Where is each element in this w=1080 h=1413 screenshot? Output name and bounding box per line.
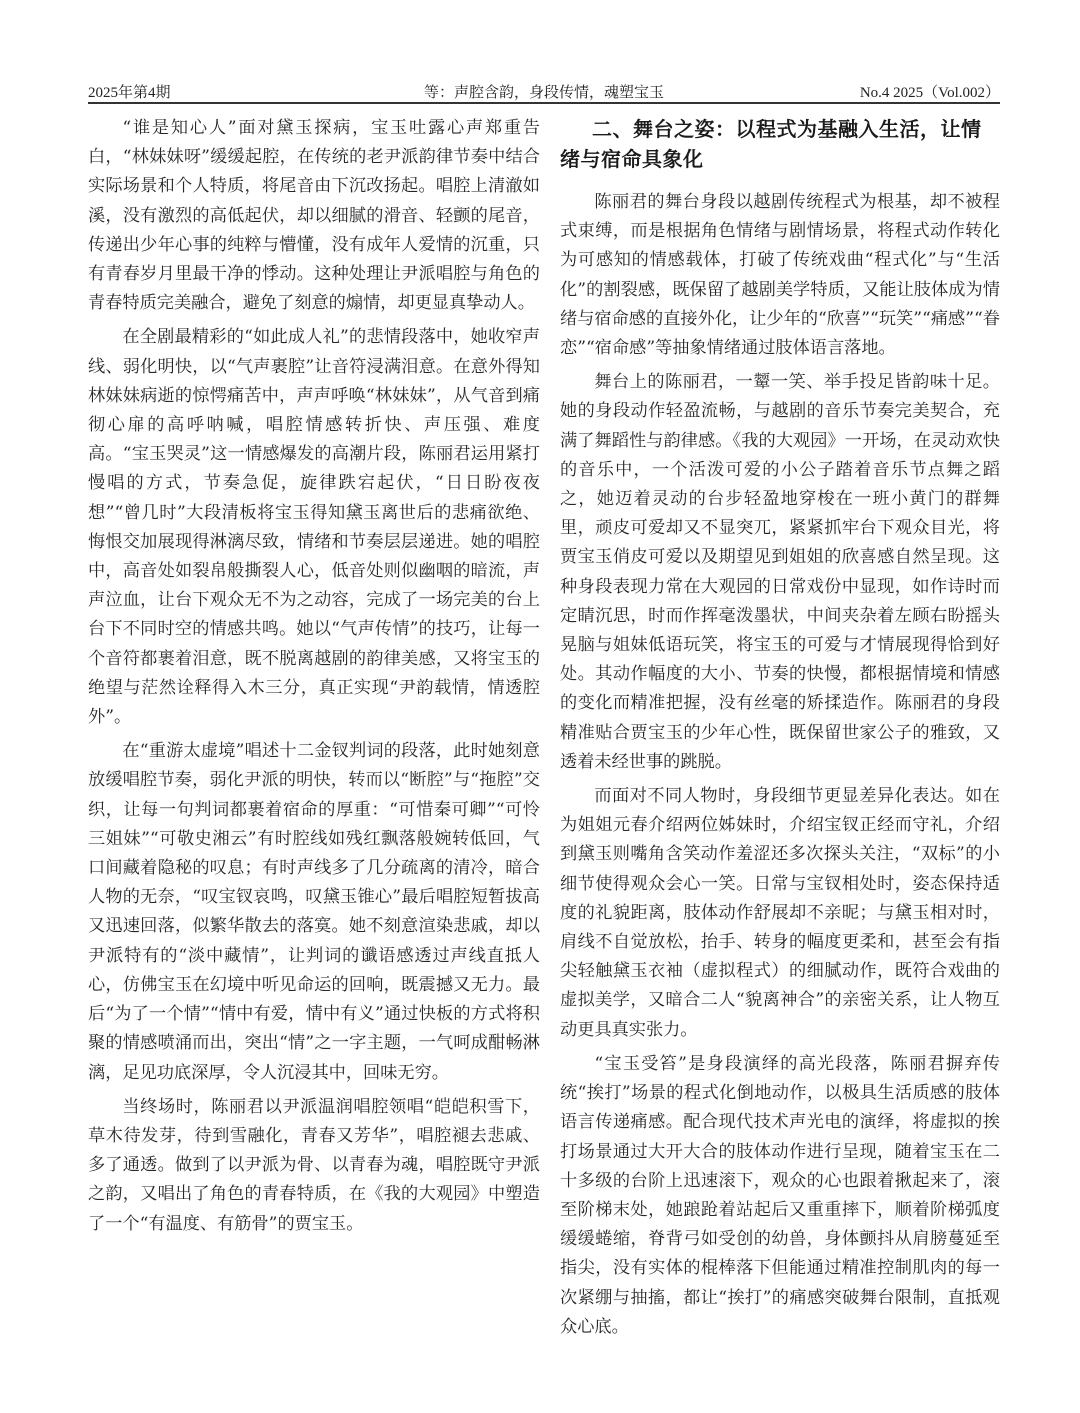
section-heading: 二、舞台之姿：以程式为基融入生活，让情绪与宿命具象化: [560, 114, 1000, 174]
running-header: 2025年第4期 等：声腔含韵，身段传情，魂塑宝玉 No.4 2025（Vol.…: [88, 78, 1000, 102]
paragraph: 而面对不同人物时，身段细节更显差异化表达。如在为姐姐元春介绍两位姊妹时，介绍宝钗…: [560, 782, 1000, 1045]
paragraph: 舞台上的陈丽君，一颦一笑、举手投足皆韵味十足。她的身段动作轻盈流畅，与越剧的音乐…: [560, 368, 1000, 777]
paragraph: 在“重游太虚境”唱述十二金钗判词的段落，此时她刻意放缓唱腔节奏，弱化尹派的明快，…: [88, 737, 540, 1087]
paragraph: “谁是知心人”面对黛玉探病，宝玉吐露心声郑重告白，“林妹妹呀”缓缓起腔，在传统的…: [88, 114, 540, 318]
header-rule: [88, 102, 1000, 104]
left-column: “谁是知心人”面对黛玉探病，宝玉吐露心声郑重告白，“林妹妹呀”缓缓起腔，在传统的…: [88, 114, 540, 1244]
right-column: 二、舞台之姿：以程式为基融入生活，让情绪与宿命具象化 陈丽君的舞台身段以越剧传统…: [560, 114, 1000, 1347]
paragraph: 在全剧最精彩的“如此成人礼”的悲情段落中，她收窄声线、弱化明快，以“气声裹腔”让…: [88, 323, 540, 732]
paragraph: 当终场时，陈丽君以尹派温润唱腔领唱“皑皑积雪下，草木待发芽，待到雪融化，青春又芳…: [88, 1093, 540, 1239]
paragraph: 陈丽君的舞台身段以越剧传统程式为根基，却不被程式束缚，而是根据角色情绪与剧情场景…: [560, 188, 1000, 363]
journal-page: 2025年第4期 等：声腔含韵，身段传情，魂塑宝玉 No.4 2025（Vol.…: [88, 0, 1000, 1413]
volume-label: No.4 2025（Vol.002）: [860, 81, 1000, 102]
paragraph: “宝玉受笞”是身段演绎的高光段落，陈丽君摒弃传统“挨打”场景的程式化倒地动作，以…: [560, 1050, 1000, 1342]
